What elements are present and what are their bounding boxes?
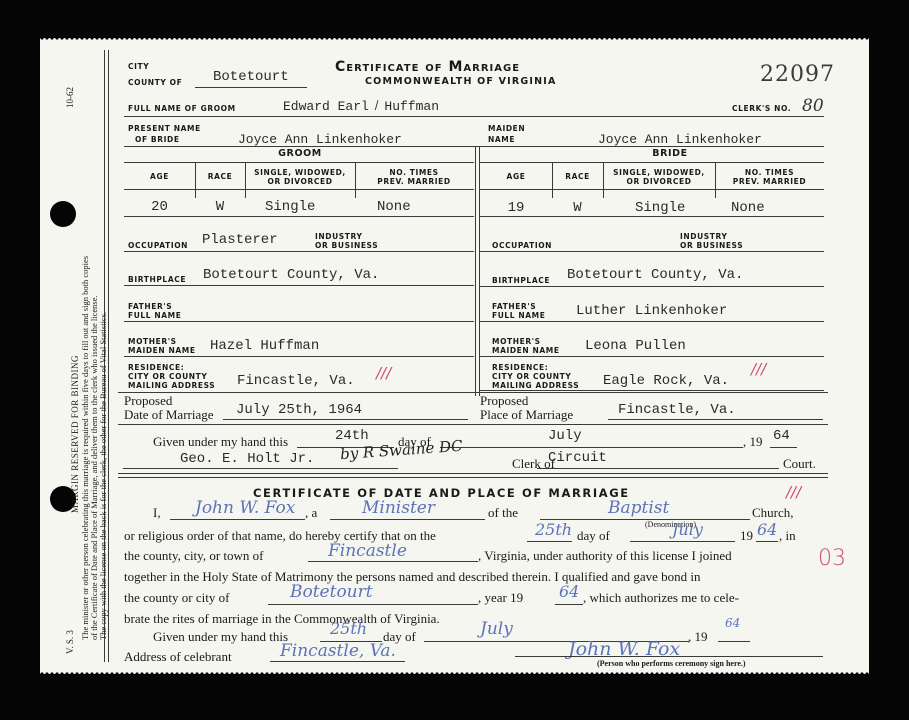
certificate-subtitle: Commonwealth of Virginia — [365, 76, 557, 87]
celebrant-given-year: 64 — [725, 616, 740, 630]
certificate-title: Certificate of Marriage — [335, 59, 520, 75]
bride-heading: BRIDE — [630, 148, 710, 159]
license-year-prefix: , 19 — [743, 434, 763, 450]
celebrant-given-month: July — [480, 619, 513, 639]
groom-industry-label-1: INDUSTRY — [315, 232, 363, 241]
groom-residence-label-3: MAILING ADDRESS — [128, 381, 215, 390]
court-label: Court. — [783, 456, 816, 472]
groom-race-label: RACE — [195, 172, 245, 181]
bride-maiden-name-label-2: NAME — [488, 135, 515, 144]
bride-mother-value: Leona Pullen — [585, 338, 686, 354]
groom-residence-value: Fincastle, Va. — [237, 373, 355, 389]
bride-birthplace-value: Botetourt County, Va. — [567, 267, 743, 283]
bride-age-value: 19 — [480, 200, 552, 216]
groom-occupation-value: Plasterer — [202, 232, 278, 248]
bride-times-label-1: NO. TIMES — [715, 168, 824, 177]
bride-residence-value: Eagle Rock, Va. — [603, 373, 729, 389]
celebrant-address-label: Address of celebrant — [124, 649, 232, 665]
center-divider — [475, 146, 480, 396]
bride-mother-label-2: MAIDEN NAME — [492, 346, 560, 355]
groom-age-label: AGE — [124, 172, 195, 181]
groom-name-value: Edward Earl ̸ Huffman — [283, 99, 439, 114]
married-year-prefix: 19 — [740, 528, 753, 544]
groom-status-label-2: OR DIVORCED — [245, 177, 355, 186]
license-year-value: 64 — [773, 428, 790, 444]
groom-birthplace-label: BIRTHPLACE — [128, 275, 186, 284]
celebrant-i-label: I, — [153, 505, 161, 521]
clerk-number-label: CLERK'S NO. — [732, 104, 791, 113]
groom-age-value: 20 — [124, 199, 195, 215]
bond-county-value: Botetourt — [290, 582, 373, 602]
proposed-place-value: Fincastle, Va. — [618, 402, 736, 418]
signature-caption: (Person who performs ceremony sign here.… — [597, 659, 746, 668]
bride-race-label: RACE — [552, 172, 603, 181]
bride-father-label-2: FULL NAME — [492, 311, 545, 320]
form-number: 10-62 — [65, 87, 75, 108]
married-day-value: 25th — [535, 520, 572, 539]
groom-father-label-1: FATHER'S — [128, 302, 172, 311]
county-label: COUNTY OF — [128, 78, 182, 87]
license-day-value: 24th — [335, 428, 369, 444]
celebration-heading: CERTIFICATE OF DATE AND PLACE OF MARRIAG… — [253, 486, 630, 500]
bride-status-label-1: SINGLE, WIDOWED, — [603, 168, 715, 177]
married-suffix: , in — [779, 528, 796, 544]
bride-present-name-label-2: OF BRIDE — [135, 135, 180, 144]
bride-present-name-value: Joyce Ann Linkenhoker — [238, 132, 402, 147]
bride-father-label-1: FATHER'S — [492, 302, 536, 311]
groom-birthplace-value: Botetourt County, Va. — [203, 267, 379, 283]
groom-times-label-2: PREV. MARRIED — [355, 177, 473, 186]
bride-father-value: Luther Linkenhoker — [576, 303, 727, 319]
bond-year-prefix: , year 19 — [478, 590, 523, 606]
bride-industry-label-1: INDUSTRY — [680, 232, 728, 241]
celebrant-given-day: 25th — [330, 619, 367, 638]
rites-line: brate the rites of marriage in the Commo… — [124, 611, 440, 627]
proposed-date-value: July 25th, 1964 — [236, 402, 362, 418]
groom-mother-label-2: MAIDEN NAME — [128, 346, 196, 355]
bride-maiden-name-label-1: MAIDEN — [488, 124, 525, 133]
bride-birthplace-label: BIRTHPLACE — [492, 276, 550, 285]
license-month-value: July — [548, 428, 582, 444]
bride-residence-label-3: MAILING ADDRESS — [492, 381, 579, 390]
denomination-value: Baptist — [608, 498, 669, 518]
celebrant-name-value: John W. Fox — [195, 498, 295, 518]
clerk-name: Geo. E. Holt Jr. — [180, 451, 314, 467]
bride-present-name-label-1: PRESENT NAME — [128, 124, 201, 133]
bride-times-married-value: None — [731, 200, 765, 216]
groom-heading: GROOM — [260, 148, 340, 159]
matrimony-line: together in the Holy State of Matrimony … — [124, 569, 701, 585]
bride-mother-label-1: MOTHER'S — [492, 337, 541, 346]
bride-race-value: W — [552, 200, 603, 216]
groom-father-label-2: FULL NAME — [128, 311, 181, 320]
groom-times-label-1: NO. TIMES — [355, 168, 473, 177]
celebration-red-mark: /// — [786, 483, 801, 501]
of-the-label: of the — [488, 505, 518, 521]
margin-heading: MARGIN RESERVED FOR BINDING — [70, 355, 80, 513]
groom-times-married-value: None — [377, 199, 411, 215]
town-value: Fincastle — [328, 541, 407, 561]
bride-status-label-2: OR DIVORCED — [603, 177, 715, 186]
groom-residence-red-mark: /// — [376, 364, 391, 382]
celebrant-given-label: Given under my hand this — [153, 629, 288, 645]
bride-times-label-2: PREV. MARRIED — [715, 177, 824, 186]
groom-mother-value: Hazel Huffman — [210, 338, 319, 354]
clerk-number-value: 80 — [802, 96, 824, 116]
church-label: Church, — [752, 505, 794, 521]
groom-residence-label-2: CITY OR COUNTY — [128, 372, 207, 381]
town-line-label: the county, city, or town of — [124, 548, 263, 564]
marriage-certificate: 10-62 V. S. 3 MARGIN RESERVED FOR BINDIN… — [40, 38, 869, 674]
bride-occupation-label: OCCUPATION — [492, 241, 552, 250]
bride-maiden-name-value: Joyce Ann Linkenhoker — [598, 132, 762, 147]
married-day-of-label: day of — [577, 528, 610, 544]
bride-age-label: AGE — [480, 172, 552, 181]
bond-line-tail: , which authorizes me to cele- — [583, 590, 739, 606]
groom-name-label: FULL NAME OF GROOM — [128, 104, 236, 113]
certificate-number: 22097 — [760, 62, 835, 87]
married-month-value: July — [672, 520, 703, 539]
proposed-date-label-2: Date of Marriage — [124, 407, 214, 423]
bride-industry-label-2: OR BUSINESS — [680, 241, 743, 250]
groom-status-label-1: SINGLE, WIDOWED, — [245, 168, 355, 177]
bond-county-label: the county or city of — [124, 590, 229, 606]
city-label: CITY — [128, 62, 149, 71]
celebrant-address-value: Fincastle, Va. — [280, 641, 396, 661]
groom-status-value: Single — [265, 199, 315, 215]
celebrant-given-year-prefix: , 19 — [688, 629, 708, 645]
bride-residence-label-2: CITY OR COUNTY — [492, 372, 571, 381]
married-year-value: 64 — [757, 520, 777, 539]
form-code: V. S. 3 — [65, 630, 75, 654]
binding-hole-top — [50, 201, 76, 227]
proposed-place-label-2: Place of Marriage — [480, 407, 573, 423]
bride-status-value: Single — [635, 200, 685, 216]
groom-residence-label-1: RESIDENCE: — [128, 363, 184, 372]
county-value: Botetourt — [213, 69, 289, 85]
bride-residence-red-mark: /// — [751, 360, 766, 378]
groom-industry-label-2: OR BUSINESS — [315, 241, 378, 250]
groom-occupation-label: OCCUPATION — [128, 241, 188, 250]
celebrant-a-label: , a — [305, 505, 317, 521]
bride-residence-label-1: RESIDENCE: — [492, 363, 548, 372]
court-value: Circuit — [548, 450, 607, 466]
bond-year-value: 64 — [559, 582, 579, 601]
town-line-tail: , Virginia, under authority of this lice… — [478, 548, 732, 564]
license-given-label: Given under my hand this — [153, 434, 288, 450]
celebrant-title-value: Minister — [362, 498, 435, 518]
margin-note-line-3: The copy with the license on the back is… — [98, 312, 108, 640]
groom-mother-label-1: MOTHER'S — [128, 337, 177, 346]
groom-race-value: W — [195, 199, 245, 215]
celebration-red-code: 03 — [818, 546, 846, 571]
